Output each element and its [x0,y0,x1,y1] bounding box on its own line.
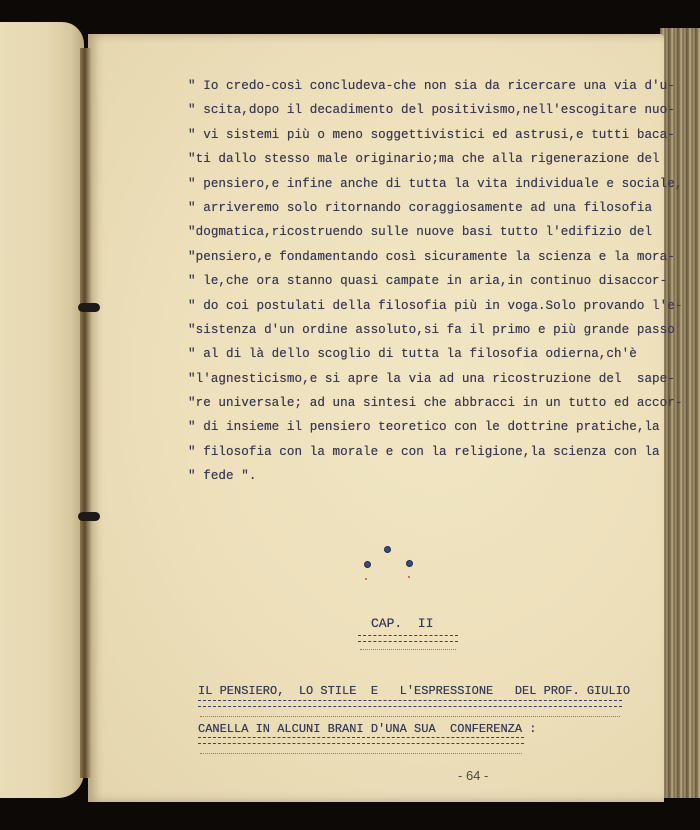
text-line: "dogmatica,ricostruendo sulle nuove basi… [188,220,658,244]
text-line: "re universale; ad una sintesi che abbra… [188,391,658,415]
heading-red-underline-1 [200,716,620,717]
text-line: " pensiero,e infine anche di tutta la vi… [188,172,658,196]
section-heading-line-1: IL PENSIERO, LO STILE E L'ESPRESSIONE DE… [198,684,630,698]
quoted-paragraph: " Io credo-così concludeva-che non sia d… [188,74,658,489]
document-page: " Io credo-così concludeva-che non sia d… [88,34,664,802]
book-scan: " Io credo-così concludeva-che non sia d… [0,0,700,830]
binding-stitch-top [78,303,100,312]
section-heading-line-2: CANELLA IN ALCUNI BRANI D'UNA SUA CONFER… [198,722,536,736]
text-line: "sistenza d'un ordine assoluto,si fa il … [188,318,658,342]
text-line: " scita,dopo il decadimento del positivi… [188,98,658,122]
chapter-red-underline [360,649,456,650]
text-line: " fede ". [188,464,658,488]
book-gutter [80,48,92,778]
text-line: " do coi postulati della filosofia più i… [188,294,658,318]
text-line: " arriveremo solo ritornando coraggiosam… [188,196,658,220]
text-line: "ti dallo stesso male originario;ma che … [188,147,658,171]
heading-underline-2 [198,737,524,744]
text-line: " le,che ora stanno quasi campate in ari… [188,269,658,293]
text-line: " al di là dello scoglio di tutta la fil… [188,342,658,366]
text-line: "pensiero,e fondamentando così sicuramen… [188,245,658,269]
page-number: - 64 - [458,768,488,783]
page-stack-edge [660,28,700,798]
chapter-label: CAP. II [371,616,433,631]
left-page-edge [0,22,84,798]
text-line: " Io credo-così concludeva-che non sia d… [188,74,658,98]
text-line: " filosofia con la morale e con la relig… [188,440,658,464]
text-line: " di insieme il pensiero teoretico con l… [188,415,658,439]
binding-stitch-bottom [78,512,100,521]
heading-red-underline-2 [200,753,522,754]
text-line: " vi sistemi più o meno soggettivistici … [188,123,658,147]
text-line: "l'agnesticismo,e si apre la via ad una … [188,367,658,391]
heading-underline-1 [198,700,622,707]
chapter-underline [358,635,458,642]
